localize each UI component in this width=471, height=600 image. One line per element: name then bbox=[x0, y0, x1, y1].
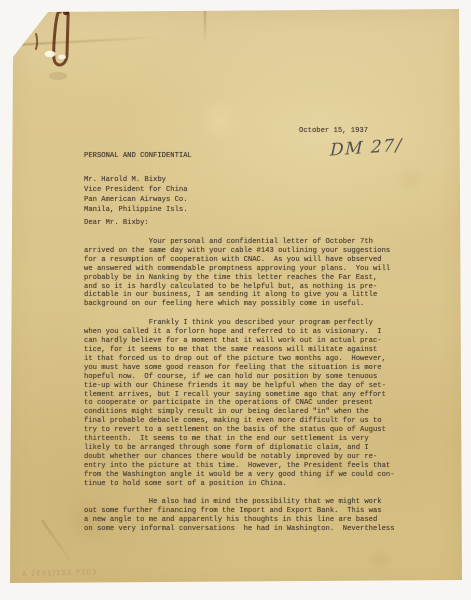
letter-line: you must have some good reason for feeli… bbox=[84, 364, 410, 373]
letter-line: probably be in Nanking by the time this … bbox=[84, 274, 410, 283]
letter-line: tinue to hold some sort of a position in… bbox=[84, 480, 410, 489]
salutation: Dear Mr. Bixby: bbox=[84, 219, 149, 227]
letter-line: we answered with commendable promptness … bbox=[84, 265, 410, 274]
letter-line: dictable in our business, I am sending i… bbox=[84, 291, 410, 300]
letter-body: Your personal and confidential letter of… bbox=[84, 238, 410, 544]
letter-line: a new angle to me and apparently his tho… bbox=[84, 516, 410, 525]
letter-line: Pan American Airways Co. bbox=[84, 195, 188, 205]
letter-line: arrived on the same day with your cable … bbox=[84, 247, 410, 256]
letter-line: when you called it a forlorn hope and re… bbox=[84, 328, 410, 337]
letter-line: likely to be arranged through some form … bbox=[84, 444, 410, 453]
paragraph-1: Your personal and confidential letter of… bbox=[84, 238, 410, 309]
letter-line: background on our feeling here which may… bbox=[84, 300, 410, 309]
letter-line: Your personal and confidential letter of… bbox=[84, 238, 410, 247]
paragraph-2: Frankly I think you described your progr… bbox=[84, 319, 410, 488]
classification-label: PERSONAL AND CONFIDENTIAL bbox=[84, 152, 192, 160]
paper-crease bbox=[204, 10, 206, 44]
letter-line: Manila, Philippine Isls. bbox=[84, 205, 188, 215]
letter-line: it that forced us to drop out of the pic… bbox=[84, 355, 410, 364]
handwritten-annotation: DM 27/ bbox=[330, 135, 403, 160]
scanned-letter-page: October 15, 1937 PERSONAL AND CONFIDENTI… bbox=[0, 0, 471, 600]
archival-inscription: A 2E01/1S1 P103 bbox=[22, 568, 98, 578]
letter-line: Vice President for China bbox=[84, 185, 188, 195]
letter-line: Frankly I think you described your progr… bbox=[84, 319, 410, 328]
letter-paper: October 15, 1937 PERSONAL AND CONFIDENTI… bbox=[0, 0, 471, 600]
letter-line: from the Washington angle it would be a … bbox=[84, 471, 410, 480]
letter-line: entry into the picture at this time. How… bbox=[84, 462, 410, 471]
letter-line: Mr. Harold M. Bixby bbox=[84, 175, 188, 185]
letter-line: thirteenth. It seems to me that in the e… bbox=[84, 435, 410, 444]
letter-line: tie-up with our Chinese friends it may b… bbox=[84, 382, 410, 391]
letter-line: try to revert to a settlement on the bas… bbox=[84, 426, 410, 435]
paper-crease bbox=[41, 519, 74, 566]
letter-line: conditions might simply result in our be… bbox=[84, 408, 410, 417]
letter-line: final probable debacle comes, making it … bbox=[84, 417, 410, 426]
letter-date: October 15, 1937 bbox=[299, 127, 368, 135]
letter-line: out some further financing from the Impo… bbox=[84, 507, 410, 516]
letter-line: can hardly believe for a moment that it … bbox=[84, 337, 410, 346]
letter-line: hopeful now. Of course, if we can hold o… bbox=[84, 373, 410, 382]
letter-line: to cooperate or participate in the opera… bbox=[84, 399, 410, 408]
paragraph-3: He also had in mind the possibility that… bbox=[84, 498, 410, 534]
letter-line: tice, for it seems to me that the same r… bbox=[84, 346, 410, 355]
letter-line: on some very informal conversations he h… bbox=[84, 525, 410, 534]
recipient-address-block: Mr. Harold M. BixbyVice President for Ch… bbox=[84, 175, 188, 215]
rust-stain-icon bbox=[28, 4, 100, 96]
letter-line: doubt whether our chances there would be… bbox=[84, 453, 410, 462]
letter-line: for a resumption of cooperation with CNA… bbox=[84, 256, 410, 265]
